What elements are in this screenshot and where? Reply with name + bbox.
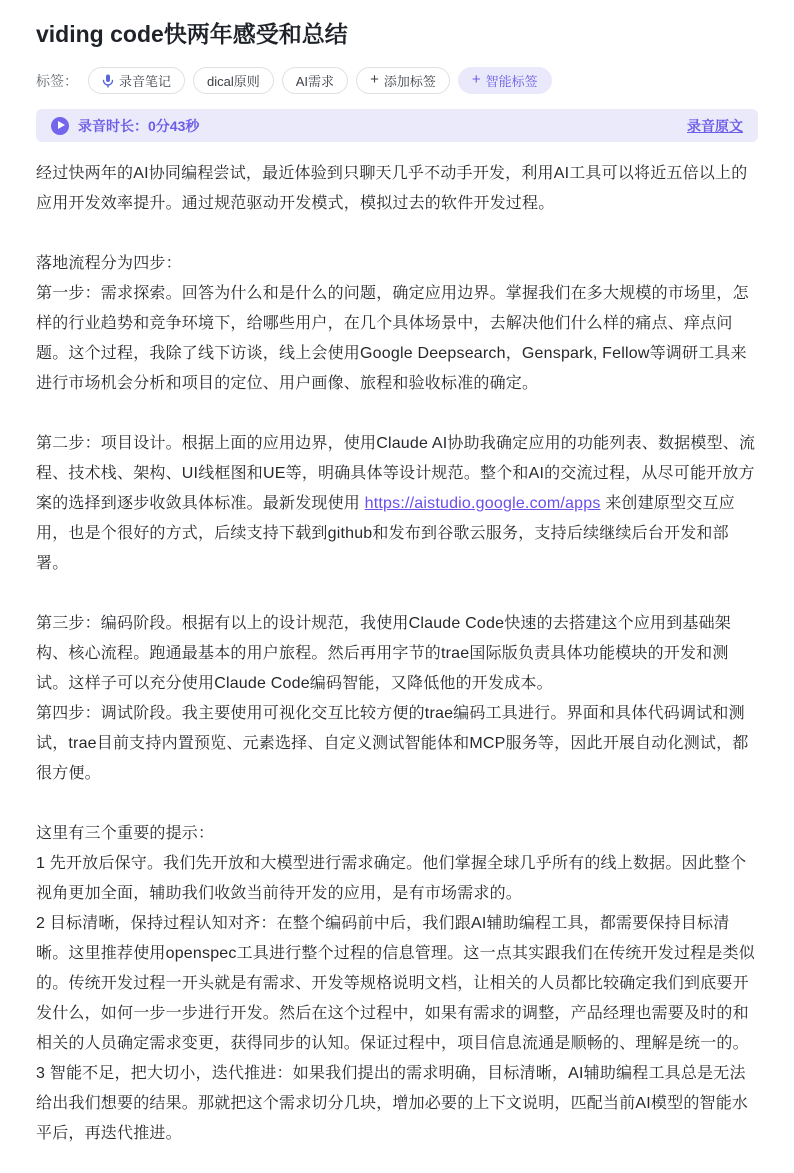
recording-duration: 录音时长：0分43秒 (78, 116, 199, 136)
plus-icon: + (370, 72, 379, 87)
paragraph-process-step1: 落地流程分为四步： 第一步：需求探索。回答为什么和是什么的问题，确定应用边界。掌… (36, 249, 758, 399)
tags-label: 标签： (36, 71, 78, 91)
smart-tag-button[interactable]: + 智能标签 (458, 67, 552, 94)
plus-icon: + (472, 72, 481, 87)
add-tag-button[interactable]: + 添加标签 (356, 67, 450, 94)
text-line: 1 先开放后保守。我们先开放和大模型进行需求确定。他们掌握全球几乎所有的线上数据… (36, 849, 758, 909)
note-page: viding code快两年感受和总结 标签： 录音笔记 dical原则 AI需… (0, 0, 794, 1173)
aistudio-link[interactable]: https://aistudio.google.com/apps (365, 495, 601, 512)
play-icon[interactable] (51, 117, 69, 135)
paragraph-overview: 经过快两年的AI协同编程尝试，最近体验到只聊天几乎不动手开发，利用AI工具可以将… (36, 159, 758, 219)
tag-label: 智能标签 (486, 71, 538, 90)
tag-label: AI需求 (296, 71, 334, 90)
paragraph-three-tips: 这里有三个重要的提示： 1 先开放后保守。我们先开放和大模型进行需求确定。他们掌… (36, 819, 758, 1149)
transcript-link[interactable]: 录音原文 (687, 116, 743, 136)
text-line: 2 目标清晰，保持过程认知对齐：在整个编码前中后，我们跟AI辅助编程工具，都需要… (36, 909, 758, 1059)
tag-label: dical原则 (207, 71, 260, 90)
note-content[interactable]: 经过快两年的AI协同编程尝试，最近体验到只聊天几乎不动手开发，利用AI工具可以将… (36, 159, 758, 1149)
text-line: 经过快两年的AI协同编程尝试，最近体验到只聊天几乎不动手开发，利用AI工具可以将… (36, 159, 758, 219)
tag-label: 录音笔记 (119, 71, 171, 90)
text-line: 这里有三个重要的提示： (36, 819, 758, 849)
recording-bar: 录音时长：0分43秒 录音原文 (36, 109, 758, 142)
paragraph-step2: 第二步：项目设计。根据上面的应用边界，使用Claude AI协助我确定应用的功能… (36, 429, 758, 579)
text-line: 落地流程分为四步： (36, 249, 758, 279)
text-line: 3 智能不足，把大切小，迭代推进：如果我们提出的需求明确，目标清晰，AI辅助编程… (36, 1059, 758, 1149)
page-title: viding code快两年感受和总结 (36, 18, 758, 50)
text-line: 第三步：编码阶段。根据有以上的设计规范，我使用Claude Code快速的去搭建… (36, 609, 758, 699)
tag-label: 添加标签 (384, 71, 436, 90)
tag-recording-note[interactable]: 录音笔记 (88, 67, 185, 94)
tags-row: 标签： 录音笔记 dical原则 AI需求 + 添加标签 + 智能标签 (36, 67, 758, 94)
text-line: 第四步：调试阶段。我主要使用可视化交互比较方便的trae编码工具进行。界面和具体… (36, 699, 758, 789)
text-line: 第一步：需求探索。回答为什么和是什么的问题，确定应用边界。掌握我们在多大规模的市… (36, 279, 758, 399)
text-line: 第二步：项目设计。根据上面的应用边界，使用Claude AI协助我确定应用的功能… (36, 429, 758, 579)
tag-dical-principle[interactable]: dical原则 (193, 67, 274, 94)
tag-ai-requirement[interactable]: AI需求 (282, 67, 348, 94)
microphone-icon (102, 74, 114, 88)
paragraph-step3-step4: 第三步：编码阶段。根据有以上的设计规范，我使用Claude Code快速的去搭建… (36, 609, 758, 789)
